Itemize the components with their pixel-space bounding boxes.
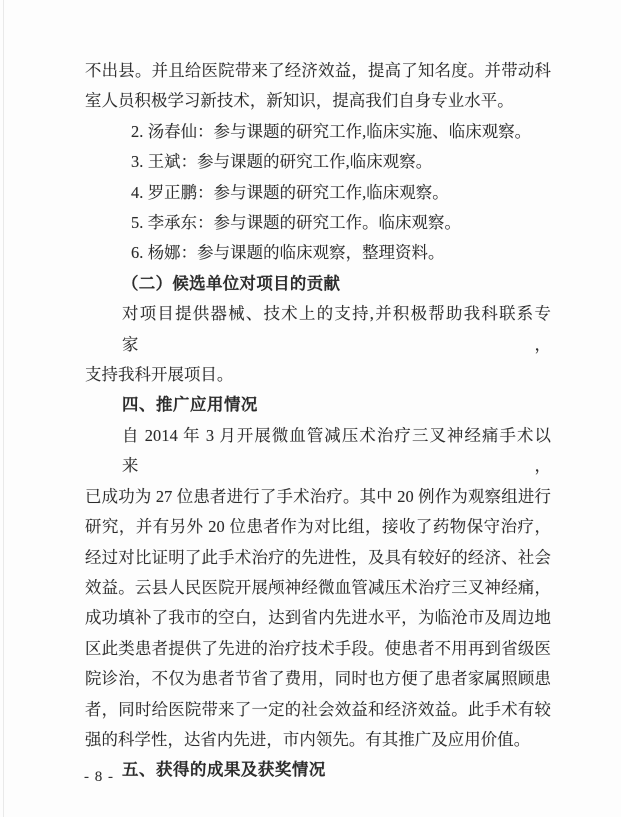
list-item-member-3: 3. 王斌：参与课题的研究工作,临床观察。 [85, 147, 551, 177]
text-line: 经过对比证明了此手术治疗的先进性，及具有较好的经济、社会 [85, 543, 551, 573]
scan-edge-line [3, 0, 4, 817]
text-line: 室人员积极学习新技术，新知识，提高我们自身专业水平。 [85, 86, 551, 116]
text-line: 成功填补了我市的空白，达到省内先进水平，为临沧市及周边地 [85, 603, 551, 633]
text-line: 效益。云县人民医院开展颅神经微血管减压术治疗三叉神经痛， [85, 573, 551, 603]
text-line: 院诊治，不仅为患者节省了费用，同时也方便了患者家属照顾患 [85, 664, 551, 694]
text-line: 不出县。并且给医院带来了经济效益，提高了知名度。并带动科 [85, 56, 551, 86]
section-heading-promotion: 四、推广应用情况 [85, 390, 551, 420]
section-heading-awards: 五、获得的成果及获奖情况 [85, 755, 551, 785]
text-line: 支持我科开展项目。 [85, 360, 551, 390]
section-heading-unit-contribution: （二）候选单位对项目的贡献 [85, 269, 551, 299]
text-line: 强的科学性，达省内先进，市内领先。有其推广及应用价值。 [85, 725, 551, 755]
text-line: 研究，并有另外 20 位患者作为对比组，接收了药物保守治疗， [85, 512, 551, 542]
document-text-block: 不出县。并且给医院带来了经济效益，提高了知名度。并带动科 室人员积极学习新技术，… [85, 56, 551, 786]
text-line: 对项目提供器械、技术上的支持,并积极帮助我科联系专家， [85, 299, 551, 360]
text-line: 已成功为 27 位患者进行了手术治疗。其中 20 例作为观察组进行 [85, 482, 551, 512]
text-line: 自 2014 年 3 月开展微血管减压术治疗三叉神经痛手术以来， [85, 421, 551, 482]
list-item-member-4: 4. 罗正鹏：参与课题的研究工作,临床观察。 [85, 178, 551, 208]
list-item-member-2: 2. 汤春仙：参与课题的研究工作,临床实施、临床观察。 [85, 117, 551, 147]
text-line: 区此类患者提供了先进的治疗技术手段。使患者不用再到省级医 [85, 634, 551, 664]
list-item-member-6: 6. 杨娜：参与课题的临床观察，整理资料。 [85, 238, 551, 268]
page-number: - 8 - [84, 769, 114, 786]
document-page: 不出县。并且给医院带来了经济效益，提高了知名度。并带动科 室人员积极学习新技术，… [0, 0, 621, 817]
list-item-member-5: 5. 李承东：参与课题的研究工作。临床观察。 [85, 208, 551, 238]
text-line: 者，同时给医院带来了一定的社会效益和经济效益。此手术有较 [85, 695, 551, 725]
